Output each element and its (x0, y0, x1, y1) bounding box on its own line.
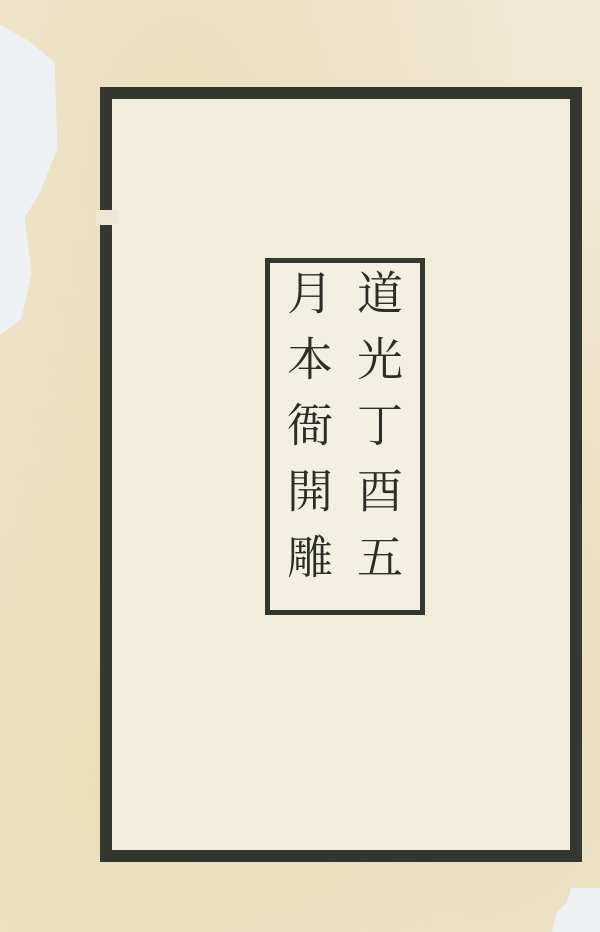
document-page: 道光丁酉五 月本衙開雕 (0, 0, 600, 932)
torn-corner-bottom-right (552, 888, 600, 932)
title-cartouche: 道光丁酉五 月本衙開雕 (265, 258, 425, 615)
border-break (96, 210, 118, 225)
cartouche-text-left-column: 月本衙開雕 (284, 269, 330, 599)
torn-edge-left (0, 25, 70, 335)
cartouche-text-right-column: 道光丁酉五 (354, 269, 400, 599)
